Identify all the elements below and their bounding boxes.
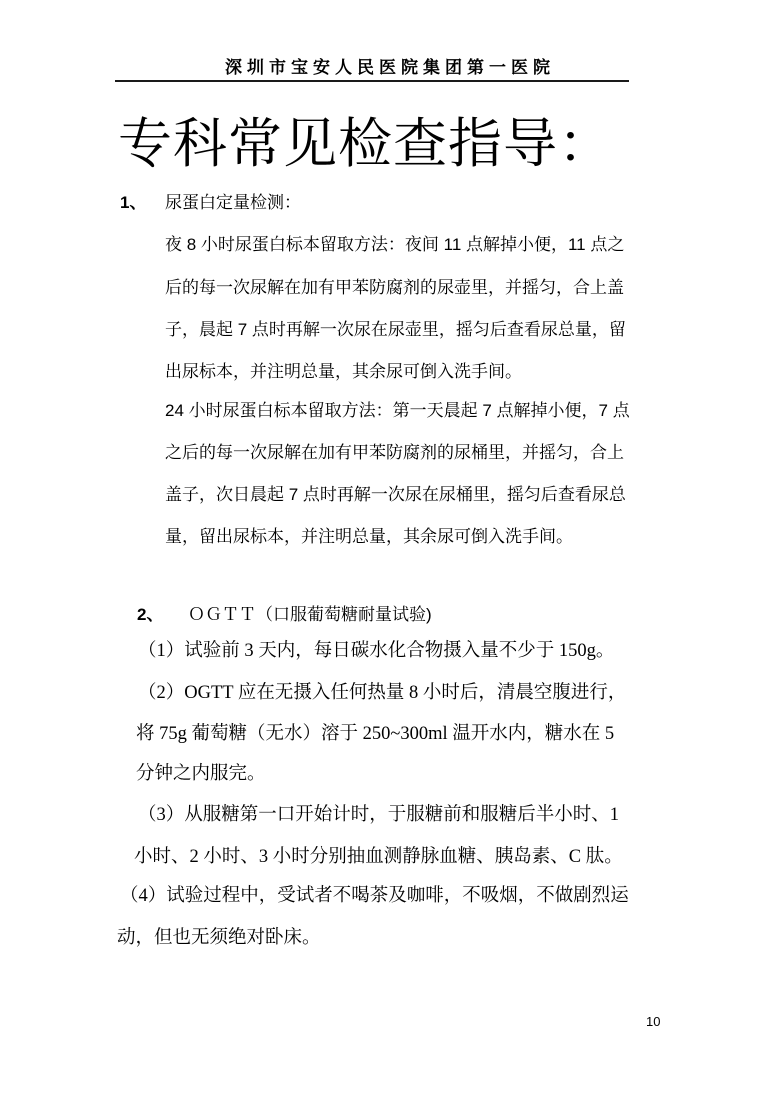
paragraph-line: 小时、2 小时、3 小时分别抽血测静脉血糖、胰岛素、C 肽。 <box>134 842 623 868</box>
paragraph-line: （3）从服糖第一口开始计时，于服糖前和服糖后半小时、1 <box>138 800 619 826</box>
paragraph-line: （4）试验过程中，受试者不喝茶及咖啡，不吸烟，不做剧烈运 <box>120 881 629 907</box>
hospital-name: 深圳市宝安人民医院集团第一医院 <box>0 53 780 78</box>
paragraph-line: 盖子，次日晨起 7 点时再解一次尿在尿桶里，摇匀后查看尿总 <box>165 480 626 505</box>
paragraph-line: 后的每一次尿解在加有甲苯防腐剂的尿壶里，并摇匀，合上盖 <box>165 273 624 298</box>
paragraph-line: 夜 8 小时尿蛋白标本留取方法：夜间 11 点解掉小便，11 点之 <box>165 230 624 255</box>
paragraph-line: 24 小时尿蛋白标本留取方法：第一天晨起 7 点解掉小便，7 点 <box>165 396 630 421</box>
paragraph-line: 出尿标本，并注明总量，其余尿可倒入洗手间。 <box>165 357 522 382</box>
paragraph-line: （2）OGTT 应在无摄入任何热量 8 小时后，清晨空腹进行， <box>138 678 626 704</box>
page-number: 10 <box>646 1014 660 1029</box>
paragraph-line: （1）试验前 3 天内，每日碳水化合物摄入量不少于 150g。 <box>138 636 614 662</box>
paragraph-line: 量，留出尿标本，并注明总量，其余尿可倒入洗手间。 <box>165 522 573 547</box>
paragraph-line: 将 75g 葡萄糖（无水）溶于 250~300ml 温开水内，糖水在 5 <box>136 719 614 745</box>
paragraph-line: 动，但也无须绝对卧床。 <box>117 923 321 949</box>
paragraph-line: 子，晨起 7 点时再解一次尿在尿壶里，摇匀后查看尿总量，留 <box>165 315 626 340</box>
paragraph-line: 之后的每一次尿解在加有甲苯防腐剂的尿桶里，并摇匀，合上 <box>165 438 624 463</box>
header-divider <box>115 80 629 82</box>
paragraph-line: 分钟之内服完。 <box>136 759 266 785</box>
section-title: 尿蛋白定量检测： <box>165 188 301 213</box>
section-title: ＯＧＴＴ（口服葡萄糖耐量试验) <box>188 600 432 625</box>
document-title: 专科常见检查指导： <box>118 101 613 178</box>
section-number: 1、 <box>120 188 146 213</box>
section-number: 2、 <box>137 600 163 625</box>
